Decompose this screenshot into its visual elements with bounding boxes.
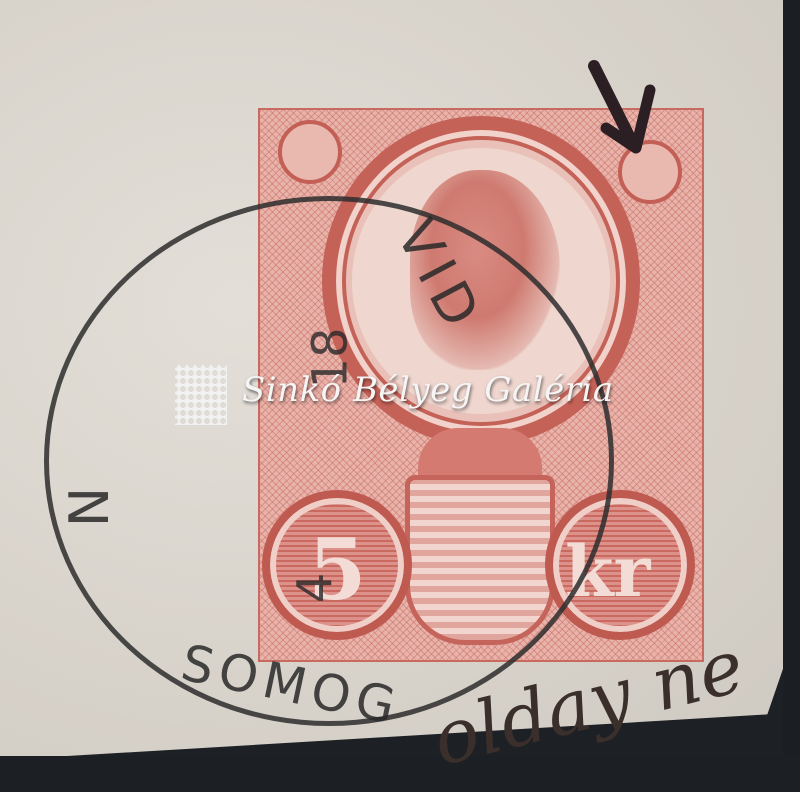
postmark-letter-left: N [63,487,117,527]
stamp-icon [175,365,227,425]
background-right-edge [783,0,800,792]
background-bottom-edge [0,756,800,792]
postmark-date-day: 4 [287,573,343,604]
hand-drawn-arrow-icon [586,58,666,168]
postmark-ring [44,196,614,726]
watermark-text: Sinkó Bélyeg Galéria [242,370,614,410]
corner-ornament-top-left [278,120,342,184]
